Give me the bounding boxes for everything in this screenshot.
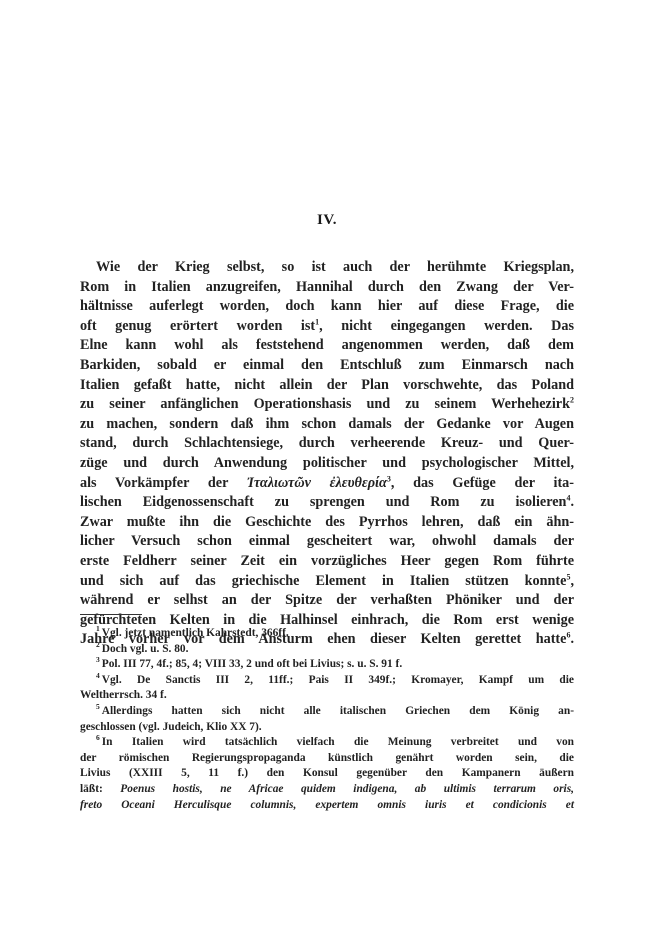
footnote-ref[interactable]: 2 xyxy=(570,395,574,404)
footnote-6-cont: der römischen Regierungspropaganda künst… xyxy=(80,751,574,767)
footnote-number: 4 xyxy=(96,671,100,680)
text-line: Zwar mußte ihn die Geschichte des Pyrrho… xyxy=(80,513,574,533)
footnote-text: läßt: xyxy=(80,783,120,795)
footnote-text: Vgl. De Sanctis III 2, 11ff.; Pais II 34… xyxy=(102,674,574,686)
text-span: hältnisse auferlegt worden, doch kann hi… xyxy=(80,298,574,314)
footnote-text: Pol. III 77, 4f.; 85, 4; VIII 33, 2 und … xyxy=(102,658,402,670)
text-span: während er selhst an der Spitze der verh… xyxy=(80,592,574,608)
footnotes-section: 1Vgl. jetzt namentlich Kahrstedt, 366ff.… xyxy=(80,626,574,813)
text-line: stand, durch Schlachtensiege, durch verh… xyxy=(80,434,574,454)
text-span: und sich auf das griechische Element in … xyxy=(80,573,566,589)
footnote-text: Doch vgl. u. S. 80. xyxy=(102,643,189,655)
text-line: zu seiner anfänglichen Operationshasis u… xyxy=(80,395,574,415)
text-line: während er selhst an der Spitze der verh… xyxy=(80,591,574,611)
text-span: erste Feldherr seiner Zeit ein vorzüglic… xyxy=(80,553,574,569)
footnote-6: 6In Italien wird tatsächlich vielfach di… xyxy=(80,735,574,751)
text-span: Barkiden, sobald er einmal den Entschluß… xyxy=(80,357,574,373)
text-line: zu machen, sondern daß ihm schon damals … xyxy=(80,415,574,435)
text-span: , xyxy=(570,573,574,589)
footnote-5: 5Allerdings hatten sich nicht alle itali… xyxy=(80,704,574,720)
text-line: oft genug erörtert worden ist1, nicht ei… xyxy=(80,317,574,337)
text-span: Wie der Krieg selbst, so ist auch der he… xyxy=(96,259,574,275)
text-span: zu machen, sondern daß ihm schon damals … xyxy=(80,416,574,432)
greek-phrase: Ἰταλιωτῶν ἐλευθερία xyxy=(247,475,387,491)
text-span: Elne kann wohl als feststehend angenomme… xyxy=(80,337,574,353)
footnote-3: 3Pol. III 77, 4f.; 85, 4; VIII 33, 2 und… xyxy=(80,657,574,673)
text-span: als Vorkämpfer der xyxy=(80,475,247,491)
text-span: Zwar mußte ihn die Geschichte des Pyrrho… xyxy=(80,514,574,530)
footnote-text: geschlossen (vgl. Judeich, Klio XX 7). xyxy=(80,721,262,733)
footnote-5-cont: geschlossen (vgl. Judeich, Klio XX 7). xyxy=(80,720,574,736)
text-span: , nicht eingegangen werden. Das xyxy=(319,318,574,334)
footnote-text: Weltherrsch. 34 f. xyxy=(80,689,167,701)
text-line: züge und durch Anwendung politischer und… xyxy=(80,454,574,474)
chapter-heading: IV. xyxy=(80,212,574,229)
footnote-4-cont: Weltherrsch. 34 f. xyxy=(80,688,574,704)
text-span: lischen Eidgenossenschaft zu sprengen un… xyxy=(80,494,566,510)
footnote-text: In Italien wird tatsächlich vielfach die… xyxy=(102,736,574,748)
footnote-2: 2Doch vgl. u. S. 80. xyxy=(80,642,574,658)
footnote-number: 3 xyxy=(96,655,100,664)
text-line: hältnisse auferlegt worden, doch kann hi… xyxy=(80,297,574,317)
latin-quote: freto Oceani Herculisque columnis, exper… xyxy=(80,799,574,811)
footnote-number: 5 xyxy=(96,702,100,711)
text-span: , das Gefüge der ita- xyxy=(391,475,574,491)
text-span: züge und durch Anwendung politischer und… xyxy=(80,455,574,471)
footnote-text: der römischen Regierungspropaganda künst… xyxy=(80,752,574,764)
text-span: licher Versuch schon einmal gescheitert … xyxy=(80,533,574,549)
footnote-4: 4Vgl. De Sanctis III 2, 11ff.; Pais II 3… xyxy=(80,673,574,689)
latin-quote: Poenus hostis, ne Africae quidem indigen… xyxy=(120,783,574,795)
footnote-text: Vgl. jetzt namentlich Kahrstedt, 366ff. xyxy=(102,627,289,639)
text-line: Wie der Krieg selbst, so ist auch der he… xyxy=(80,258,574,278)
footnote-number: 6 xyxy=(96,733,100,742)
text-line: Rom in Italien anzugreifen, Hannihal dur… xyxy=(80,278,574,298)
footnote-6-cont: läßt: Poenus hostis, ne Africae quidem i… xyxy=(80,782,574,798)
text-line: Elne kann wohl als feststehend angenomme… xyxy=(80,336,574,356)
text-line: erste Feldherr seiner Zeit ein vorzüglic… xyxy=(80,552,574,572)
footnote-number: 1 xyxy=(96,624,100,633)
main-paragraph: Wie der Krieg selbst, so ist auch der he… xyxy=(80,258,574,650)
text-span: stand, durch Schlachtensiege, durch verh… xyxy=(80,435,574,451)
footnote-text: Livius (XXIII 5, 11 f.) den Konsul gegen… xyxy=(80,767,574,779)
footnote-number: 2 xyxy=(96,640,100,649)
footnote-6-cont: freto Oceani Herculisque columnis, exper… xyxy=(80,798,574,814)
footnote-6-cont: Livius (XXIII 5, 11 f.) den Konsul gegen… xyxy=(80,766,574,782)
text-span: . xyxy=(570,494,574,510)
text-line: Italien gefaßt hatte, nicht allein der P… xyxy=(80,376,574,396)
text-span: zu seiner anfänglichen Operationshasis u… xyxy=(80,396,570,412)
footnote-1: 1Vgl. jetzt namentlich Kahrstedt, 366ff. xyxy=(80,626,574,642)
footnote-divider xyxy=(80,614,142,615)
text-span: oft genug erörtert worden ist xyxy=(80,318,315,334)
footnote-text: Allerdings hatten sich nicht alle italis… xyxy=(102,705,574,717)
text-line: und sich auf das griechische Element in … xyxy=(80,572,574,592)
text-line: Barkiden, sobald er einmal den Entschluß… xyxy=(80,356,574,376)
text-line: als Vorkämpfer der Ἰταλιωτῶν ἐλευθερία3,… xyxy=(80,474,574,494)
text-span: Italien gefaßt hatte, nicht allein der P… xyxy=(80,377,574,393)
text-line: lischen Eidgenossenschaft zu sprengen un… xyxy=(80,493,574,513)
text-line: licher Versuch schon einmal gescheitert … xyxy=(80,532,574,552)
text-span: Rom in Italien anzugreifen, Hannihal dur… xyxy=(80,279,574,295)
